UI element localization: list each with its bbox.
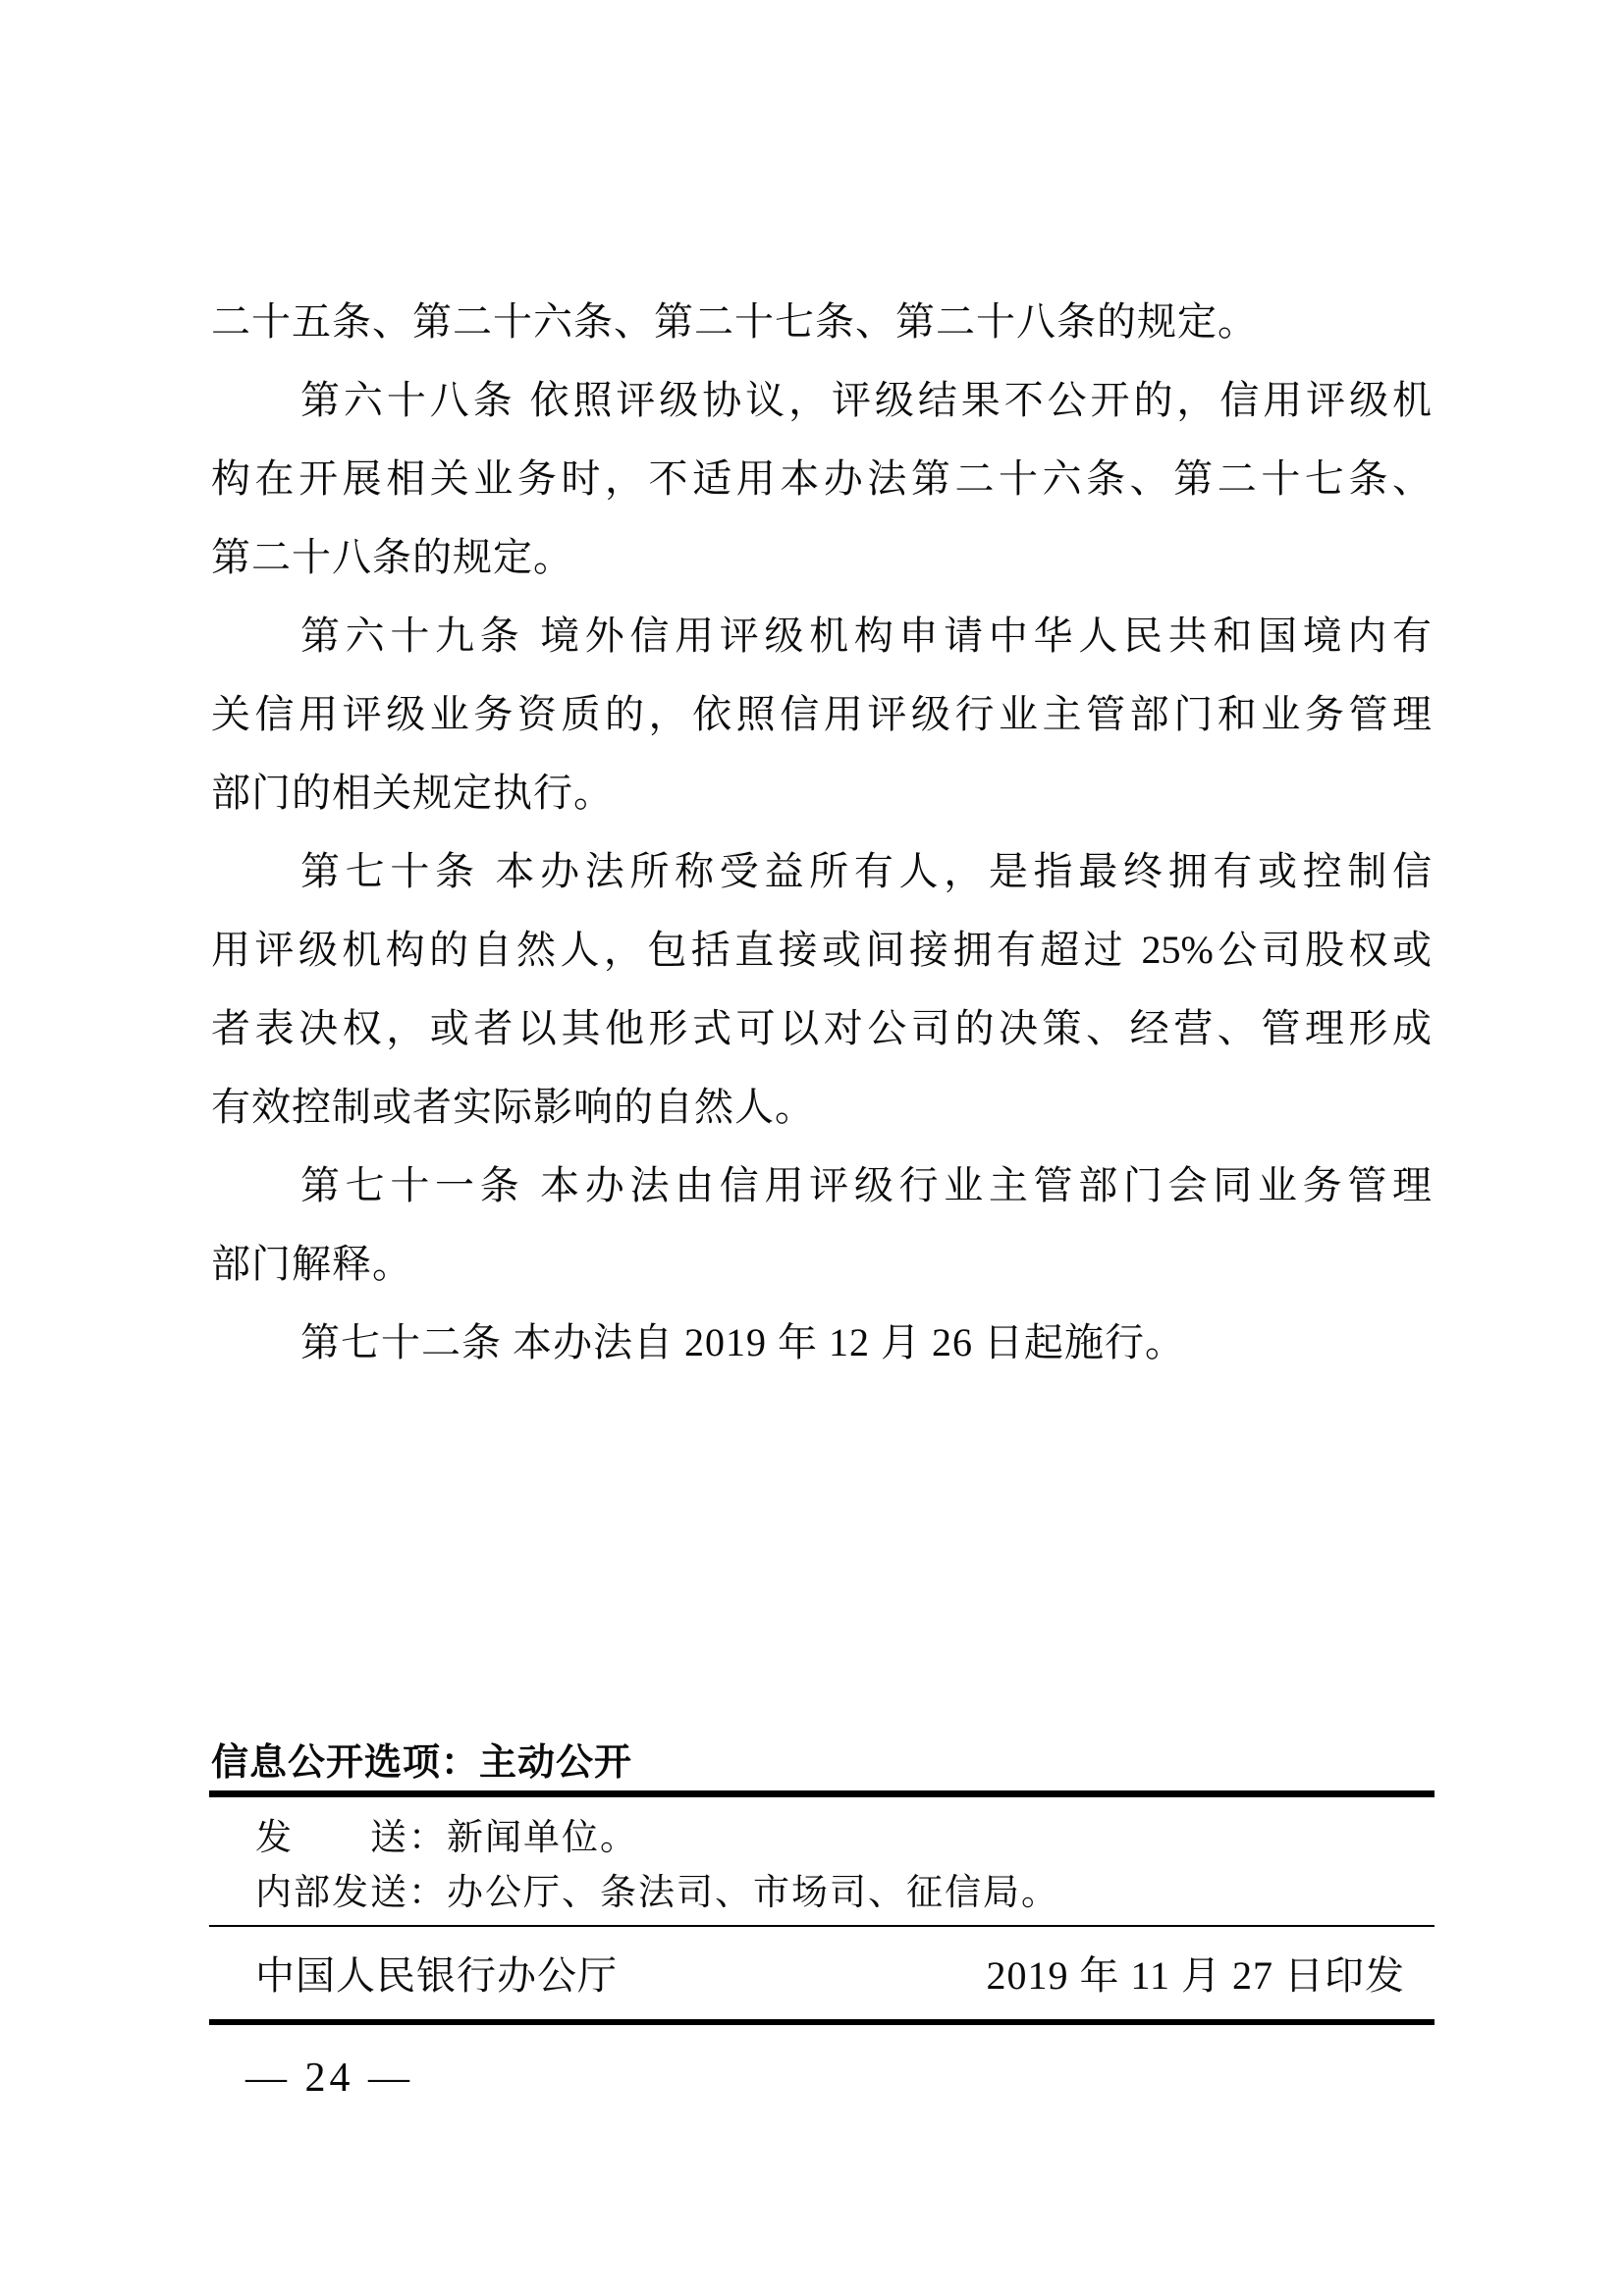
text-line: 者表决权，或者以其他形式可以对公司的决策、经营、管理形成 — [211, 989, 1432, 1068]
text-line: 第七十条 本办法所称受益所有人，是指最终拥有或控制信 — [211, 832, 1432, 911]
body-text: 二十五条、第二十六条、第二十七条、第二十八条的规定。第六十八条 依照评级协议，评… — [211, 283, 1432, 1382]
page-number: — 24 — — [245, 2052, 413, 2105]
text-line: 部门的相关规定执行。 — [211, 754, 1432, 832]
info-disclosure-header: 信息公开选项：主动公开 — [211, 1735, 632, 1790]
text-line: 构在开展相关业务时，不适用本办法第二十六条、第二十七条、 — [211, 440, 1432, 518]
text-line: 关信用评级业务资质的，依照信用评级行业主管部门和业务管理 — [211, 675, 1432, 754]
text-line: 部门解释。 — [211, 1225, 1432, 1304]
issue-date: 2019 年 11 月 27 日印发 — [986, 1949, 1405, 2003]
text-line: 第二十八条的规定。 — [211, 518, 1432, 597]
thick-rule-top — [209, 1790, 1435, 1797]
text-line: 第七十二条 本办法自 2019 年 12 月 26 日起施行。 — [211, 1304, 1432, 1382]
text-line: 用评级机构的自然人，包括直接或间接拥有超过 25%公司股权或 — [211, 911, 1432, 989]
issuer-name: 中国人民银行办公厅 — [255, 1949, 618, 2003]
dispatch-line-send: 发 送：新闻单位。 — [255, 1811, 1415, 1866]
text-line: 第六十九条 境外信用评级机构申请中华人民共和国境内有 — [211, 597, 1432, 675]
thick-rule-bottom — [209, 2019, 1435, 2025]
document-page: 二十五条、第二十六条、第二十七条、第二十八条的规定。第六十八条 依照评级协议，评… — [0, 0, 1624, 2296]
thin-rule — [209, 1925, 1435, 1927]
text-line: 第六十八条 依照评级协议，评级结果不公开的，信用评级机 — [211, 361, 1432, 440]
text-line: 二十五条、第二十六条、第二十七条、第二十八条的规定。 — [211, 283, 1432, 361]
issuer-row: 中国人民银行办公厅 2019 年 11 月 27 日印发 — [255, 1949, 1405, 2003]
dispatch-line-internal: 内部发送：办公厅、条法司、市场司、征信局。 — [255, 1866, 1415, 1921]
text-line: 有效控制或者实际影响的自然人。 — [211, 1068, 1432, 1147]
text-line: 第七十一条 本办法由信用评级行业主管部门会同业务管理 — [211, 1147, 1432, 1225]
